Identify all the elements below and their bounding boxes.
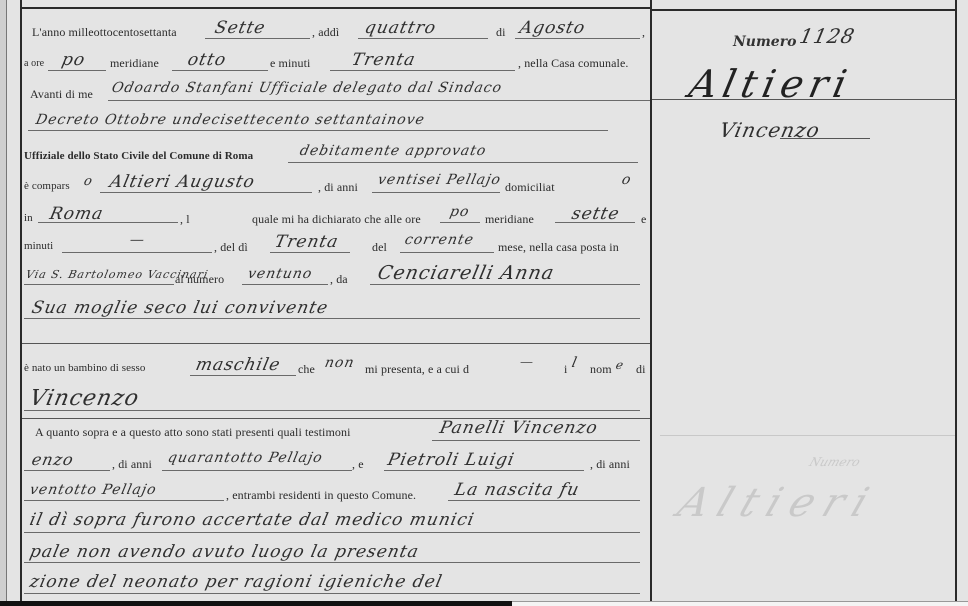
printed-text: , e xyxy=(352,457,364,472)
printed-text: minuti xyxy=(24,240,53,252)
printed-text: , da xyxy=(330,272,348,287)
handwritten-age-occupation: ventisei Pellajo xyxy=(376,172,502,188)
faint-rule xyxy=(660,435,955,436)
handwritten-hour: sette xyxy=(570,204,622,224)
handwritten-sex: maschile xyxy=(194,355,283,375)
handwritten-minutes: Trenta xyxy=(350,50,418,70)
printed-text: , xyxy=(642,25,645,40)
scan-edge-dark xyxy=(0,601,512,606)
handwritten-witness-1-cont: enzo xyxy=(30,450,76,469)
column-divider xyxy=(650,0,652,606)
printed-text: nom xyxy=(590,362,612,377)
handwritten-suffix: e xyxy=(615,358,626,372)
handwritten-approval: debitamente approvato xyxy=(298,143,488,159)
printed-text: A quanto sopra e a questo atto sono stat… xyxy=(35,425,351,440)
handwritten-article: l xyxy=(570,355,579,371)
handwritten-hour: otto xyxy=(186,50,228,70)
handwritten-note: pale non avendo avuto luogo la presenta xyxy=(28,542,421,562)
printed-text: quale mi ha dichiarato che alle ore xyxy=(252,212,421,227)
handwritten-hour-period: po xyxy=(60,50,87,70)
printed-text: , di anni xyxy=(318,180,358,195)
register-number: 1128 xyxy=(797,24,857,48)
printed-text: Avanti di me xyxy=(30,87,93,102)
handwritten-note: zione del neonato per ragioni igieniche … xyxy=(28,572,444,592)
printed-text: L'anno milleottocentosettanta xyxy=(32,25,177,40)
handwritten-day: Trenta xyxy=(273,232,341,252)
margin-surname: Altieri xyxy=(685,62,856,106)
bleed-through-numero: Numero xyxy=(807,455,862,469)
printed-text: , del dì xyxy=(214,240,248,255)
printed-text: e xyxy=(641,212,646,227)
scan-edge-light xyxy=(512,601,968,606)
right-border xyxy=(955,0,957,606)
printed-text: domiciliat xyxy=(505,180,555,195)
handwritten-hour-period: po xyxy=(448,204,471,220)
printed-text: che xyxy=(298,362,315,377)
printed-text: di xyxy=(636,362,646,377)
handwritten-month-ref: corrente xyxy=(403,232,475,248)
handwritten-dash: — xyxy=(518,355,535,370)
handwritten-city: Roma xyxy=(48,204,106,224)
printed-text: , entrambi residenti in questo Comune. xyxy=(226,488,416,503)
printed-text: di xyxy=(496,25,506,40)
printed-text: i xyxy=(564,362,567,377)
printed-text: e minuti xyxy=(270,56,310,71)
handwritten-year: Sette xyxy=(213,18,268,38)
handwritten-day: quattro xyxy=(363,18,438,38)
handwritten-relation: Sua moglie seco lui convivente xyxy=(30,298,330,318)
handwritten-note: il dì sopra furono accertate dal medico … xyxy=(28,510,477,530)
handwritten-month: Agosto xyxy=(518,18,587,38)
printed-text: Uffiziale dello Stato Civile del Comune … xyxy=(24,150,253,162)
handwritten-presence: non xyxy=(323,355,356,371)
printed-text: , l xyxy=(180,212,190,227)
handwritten-declarant-name: Altieri Augusto xyxy=(108,172,257,192)
handwritten-witness-2-age: ventotto Pellajo xyxy=(28,482,158,498)
printed-text: meridiane xyxy=(110,56,159,71)
printed-text: , di anni xyxy=(112,457,152,472)
printed-text: mi presenta, e a cui d xyxy=(365,362,469,377)
left-border xyxy=(20,0,22,606)
handwritten-witness-1: Panelli Vincenzo xyxy=(438,418,600,438)
handwritten-child-name: Vincenzo xyxy=(27,386,141,411)
handwritten-decree: Decreto Ottobre undecisettecento settant… xyxy=(34,112,426,128)
binding-strip xyxy=(0,0,7,606)
handwritten-note: La nascita fu xyxy=(453,480,581,500)
printed-text: a ore xyxy=(24,58,44,69)
printed-text: meridiane xyxy=(485,212,534,227)
handwritten-witness-1-age: quarantotto Pellajo xyxy=(166,450,324,466)
section-rule xyxy=(22,343,650,344)
handwritten-witness-2: Pietroli Luigi xyxy=(386,450,517,470)
top-border-margin xyxy=(652,9,956,11)
printed-text: al numero xyxy=(175,272,224,287)
printed-text: in xyxy=(24,212,33,224)
handwritten-officer: Odoardo Stanfani Ufficiale delegato dal … xyxy=(110,80,503,96)
register-number-label: Numero xyxy=(733,34,796,50)
handwritten-mother-name: Cenciarelli Anna xyxy=(376,262,557,284)
bleed-through-surname: Altieri xyxy=(672,480,885,526)
printed-text: , addì xyxy=(312,25,339,40)
printed-text: del xyxy=(372,240,387,255)
printed-text: , nella Casa comunale. xyxy=(518,56,629,71)
birth-record-page: L'anno milleottocentosettanta Sette , ad… xyxy=(0,0,968,606)
top-border-main xyxy=(20,7,650,9)
handwritten-minutes: — xyxy=(128,232,146,248)
handwritten-house-number: ventuno xyxy=(246,266,314,282)
printed-text: è compars xyxy=(24,180,70,192)
printed-text: mese, nella casa posta in xyxy=(498,240,619,255)
printed-text: , di anni xyxy=(590,457,630,472)
printed-text: è nato un bambino di sesso xyxy=(24,362,145,374)
handwritten-suffix: o xyxy=(82,174,94,189)
handwritten-suffix: o xyxy=(620,172,633,188)
